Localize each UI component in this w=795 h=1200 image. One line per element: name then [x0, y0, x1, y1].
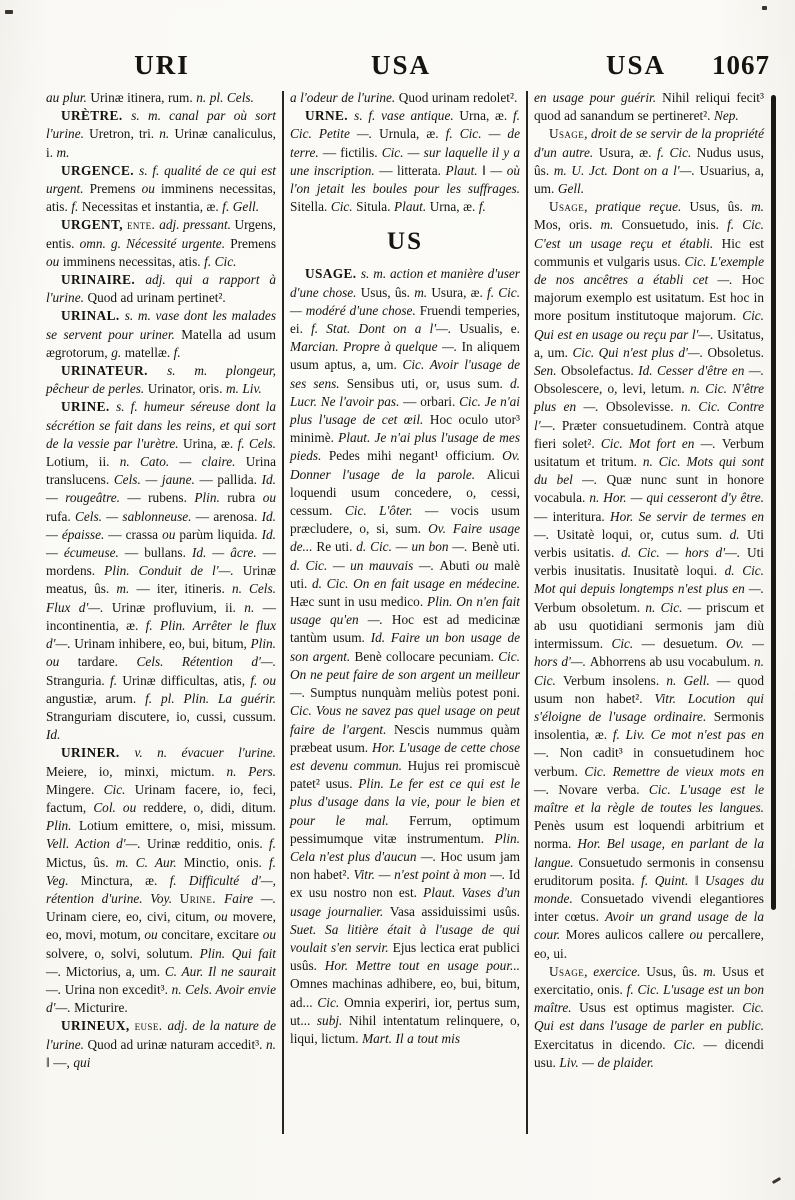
- text-segment: Urine.: [180, 891, 224, 906]
- text-segment: Usitatè loqui, or, cutus sum.: [557, 527, 730, 542]
- text-segment: Usualis, e.: [459, 321, 520, 336]
- text-segment: n. Gell.: [666, 673, 717, 688]
- text-segment: n. Pers.: [226, 764, 276, 779]
- text-segment: Sensibus uti, or, usus sum.: [347, 376, 510, 391]
- section-heading: US: [290, 228, 520, 256]
- text-segment: Cic. L'ôter.: [345, 503, 425, 518]
- text-segment: Usura, æ.: [431, 285, 487, 300]
- text-segment: rubra: [227, 490, 262, 505]
- text-segment: URGENCE.: [61, 163, 139, 178]
- text-segment: URINATEUR.: [61, 363, 167, 378]
- text-segment: m.: [703, 964, 722, 979]
- page-number: 1067: [712, 50, 770, 81]
- text-segment: — litterata.: [379, 163, 445, 178]
- text-segment: v. n. évacuer l'urine.: [134, 745, 276, 760]
- text-segment: Plaut.: [445, 163, 482, 178]
- text-segment: d. Cic. — un bon —.: [356, 539, 471, 554]
- column-2: a l'odeur de l'urine. Quod urinam redole…: [290, 89, 520, 1164]
- text-segment: — rubens.: [127, 490, 194, 505]
- text-segment: f.: [174, 345, 181, 360]
- text-segment: m. U. Jct. Dont on a l'—.: [554, 163, 700, 178]
- text-segment: s. f. vase antique.: [354, 108, 459, 123]
- text-segment: matellæ.: [125, 345, 174, 360]
- text-segment: Urinæ profluvium, ii.: [112, 600, 244, 615]
- text-segment: Urinam ciere, eo, civi, citum,: [46, 909, 214, 924]
- text-segment: f. Gell.: [222, 199, 259, 214]
- text-segment: Vitr. — n'est point à mon —.: [353, 867, 508, 882]
- text-segment: reddere, o, didi, ditum.: [143, 800, 276, 815]
- text-segment: — desuetum.: [642, 636, 726, 651]
- text-segment: Verbum obsoletum.: [534, 600, 645, 615]
- text-segment: Sen.: [534, 363, 561, 378]
- text-segment: Urnula, æ.: [379, 126, 446, 141]
- dictionary-entry: URINEUX, euse. adj. de la nature de l'ur…: [46, 1017, 276, 1072]
- text-segment: — fictilis.: [323, 145, 382, 160]
- text-segment: Obsolescere, o, levi, letum.: [534, 381, 690, 396]
- text-segment: Lotium emittere, o, misi, missum.: [79, 818, 276, 833]
- text-segment: Cels. Rétention d'—.: [136, 654, 276, 669]
- text-segment: Marcian. Propre à quelque —.: [290, 339, 462, 354]
- text-segment: Sumptus nunquàm meliùs potest poni.: [310, 685, 520, 700]
- running-head-left: URI: [46, 50, 278, 81]
- text-segment: ou: [142, 181, 161, 196]
- text-segment: ou: [144, 927, 161, 942]
- text-segment: Exercitatus in dicendo.: [534, 1037, 674, 1052]
- text-segment: Gell.: [558, 181, 584, 196]
- text-segment: Vasa assiduissimi usûs.: [390, 904, 520, 919]
- text-segment: tardare.: [78, 654, 137, 669]
- scan-speck: [762, 6, 767, 10]
- text-segment: Quod ad urinæ naturam accedit³.: [87, 1037, 266, 1052]
- text-segment: , pratique reçue.: [584, 199, 689, 214]
- dictionary-entry: URGENT, ente. adj. pressant. Urgens, ent…: [46, 216, 276, 271]
- text-segment: URINE.: [61, 399, 116, 414]
- text-segment: Usus, ûs.: [690, 199, 752, 214]
- dictionary-entry: URÈTRE. s. m. canal par où sort l'urine.…: [46, 107, 276, 162]
- paragraph-continuation: en usage pour guérir. Nihil reliqui feci…: [534, 89, 764, 125]
- dictionary-page: URI USA USA 1067 au plur. Urinæ itinera,…: [0, 0, 795, 1200]
- text-segment: Abuti: [440, 558, 476, 573]
- text-segment: Plin.: [46, 818, 79, 833]
- text-segment: f. Cic.: [657, 145, 697, 160]
- text-segment: m. Liv.: [226, 381, 262, 396]
- running-heads: URI USA USA 1067: [0, 0, 795, 89]
- text-segment: Stranguria.: [46, 673, 110, 688]
- text-segment: URINEUX,: [61, 1018, 135, 1033]
- text-segment: Urinæ redditio, onis.: [147, 836, 269, 851]
- text-segment: Premens: [230, 236, 276, 251]
- text-segment: Verbum insolens.: [563, 673, 666, 688]
- text-segment: Usura, æ.: [599, 145, 657, 160]
- text-segment: ou: [263, 490, 276, 505]
- text-segment: Id. Cesser d'être en —.: [638, 363, 764, 378]
- text-segment: f. Quint.: [641, 873, 695, 888]
- text-segment: Minctura, æ.: [81, 873, 170, 888]
- scan-speck: [772, 1177, 781, 1184]
- text-segment: Urinator, oris.: [148, 381, 226, 396]
- paragraph-continuation: au plur. Urinæ itinera, rum. n. pl. Cels…: [46, 89, 276, 107]
- text-segment: — crassa: [108, 527, 162, 542]
- text-segment: Urina non excedit³.: [65, 982, 172, 997]
- column-divider: [282, 91, 284, 1134]
- text-segment: angustiæ, arum.: [46, 691, 145, 706]
- dictionary-entry: URGENCE. s. f. qualité de ce qui est urg…: [46, 162, 276, 217]
- column-3: en usage pour guérir. Nihil reliqui feci…: [534, 89, 764, 1164]
- text-segment: ou: [46, 254, 63, 269]
- text-segment: Mingere.: [46, 782, 104, 797]
- text-segment: Usage: [549, 126, 584, 141]
- text-segment: concitare, excitare: [161, 927, 262, 942]
- text-segment: Benè collocare pecuniam.: [354, 649, 498, 664]
- text-segment: Urinæ itinera, rum.: [90, 90, 196, 105]
- text-segment: ou: [214, 909, 232, 924]
- text-segment: Faire —.: [224, 891, 276, 906]
- text-segment: Urinam inhibere, eo, bui, bitum,: [74, 636, 250, 651]
- paragraph-continuation: a l'odeur de l'urine. Quod urinam redole…: [290, 89, 520, 107]
- text-segment: Hor. Mettre tout en usage pour...: [325, 958, 520, 973]
- text-segment: — iter, itineris.: [136, 581, 231, 596]
- text-segment: Urna, æ.: [430, 199, 479, 214]
- text-segment: Cic.: [317, 995, 344, 1010]
- text-segment: d. Cic. On en fait usage en médecine.: [312, 576, 520, 591]
- text-segment: ou: [475, 558, 494, 573]
- text-segment: Mos, oris.: [534, 217, 600, 232]
- text-segment: Pedes mihi negant¹ officium.: [329, 448, 502, 463]
- text-segment: m.: [116, 581, 136, 596]
- text-segment: Consuetudo, inis.: [621, 217, 727, 232]
- text-segment: Urina, æ.: [183, 436, 238, 451]
- text-segment: Col. ou: [93, 800, 143, 815]
- text-segment: Mores aulicos callere: [566, 927, 690, 942]
- text-segment: Uretron, tri.: [89, 126, 159, 141]
- dictionary-entry: USAGE. s. m. action et manière d'user d'…: [290, 265, 520, 1048]
- text-segment: Micturire.: [74, 1000, 128, 1015]
- text-segment: f. ou: [250, 673, 276, 688]
- text-segment: — bullans.: [125, 545, 192, 560]
- dictionary-entry: URINAL. s. m. vase dont les malades se s…: [46, 307, 276, 362]
- text-segment: Necessitas et instantia, æ.: [82, 199, 222, 214]
- dictionary-entry: URINE. s. f. humeur séreuse dont la sécr…: [46, 398, 276, 744]
- text-segment: USAGE.: [305, 266, 361, 281]
- text-segment: subj.: [317, 1013, 349, 1028]
- text-segment: — interitura.: [534, 509, 610, 524]
- text-segment: URINAIRE.: [61, 272, 145, 287]
- text-segment: solvere, o, solvi, solutum.: [46, 946, 200, 961]
- text-segment: n. Cato. — claire.: [120, 454, 246, 469]
- text-columns: au plur. Urinæ itinera, rum. n. pl. Cels…: [0, 89, 795, 1164]
- text-segment: euse.: [135, 1018, 168, 1033]
- text-segment: Minctio, onis.: [184, 855, 269, 870]
- dictionary-entry: URINER. v. n. évacuer l'urine. Meiere, i…: [46, 744, 276, 1017]
- text-segment: Id. — âcre.: [192, 545, 263, 560]
- text-segment: omn. g. Nécessité urgente.: [80, 236, 231, 251]
- text-segment: m.: [751, 199, 764, 214]
- text-segment: Cic.: [611, 636, 641, 651]
- text-segment: Urna, æ.: [459, 108, 513, 123]
- text-segment: m. C. Aur.: [116, 855, 184, 870]
- dictionary-entry: URINATEUR. s. m. plongeur, pêcheur de pe…: [46, 362, 276, 398]
- text-segment: Plin. Conduit de l'—.: [104, 563, 243, 578]
- text-segment: adj. pressant.: [159, 217, 234, 232]
- text-segment: f.: [71, 199, 82, 214]
- text-segment: f. Cels.: [238, 436, 276, 451]
- text-segment: a l'odeur de l'urine.: [290, 90, 399, 105]
- text-segment: , exercice.: [584, 964, 646, 979]
- dictionary-entry: URNE. s. f. vase antique. Urna, æ. f. Ci…: [290, 107, 520, 216]
- text-segment: Cic. Qui n'est plus d'—.: [572, 345, 707, 360]
- text-segment: URÈTRE.: [61, 108, 131, 123]
- text-segment: Id.: [46, 727, 60, 742]
- scan-gutter-bar: [771, 95, 776, 910]
- text-segment: imminens necessitas, atis.: [63, 254, 204, 269]
- text-segment: Vell. Action d'—.: [46, 836, 147, 851]
- text-segment: Benè uti.: [471, 539, 520, 554]
- text-segment: — pallida.: [199, 472, 261, 487]
- dictionary-entry: Usage, exercice. Usus, ûs. m. Usus et ex…: [534, 963, 764, 1072]
- text-segment: — arenosa.: [196, 509, 262, 524]
- running-head-right: USA: [606, 50, 666, 81]
- running-head-right-group: USA 1067: [524, 50, 770, 81]
- text-segment: ou: [263, 927, 276, 942]
- text-segment: parùm liquida.: [179, 527, 261, 542]
- text-segment: rufa.: [46, 509, 75, 524]
- column-divider: [526, 91, 528, 1134]
- text-segment: Liv. — de plaider.: [559, 1055, 654, 1070]
- text-segment: — orbari.: [403, 394, 459, 409]
- text-segment: Plaut.: [394, 199, 430, 214]
- text-segment: m.: [57, 145, 70, 160]
- text-segment: Mart. Il a tout mis: [362, 1031, 460, 1046]
- text-segment: ou: [162, 527, 179, 542]
- text-segment: Usus, ûs.: [646, 964, 703, 979]
- text-segment: URNE.: [305, 108, 354, 123]
- dictionary-entry: Usage, pratique reçue. Usus, ûs. m. Mos,…: [534, 198, 764, 963]
- text-segment: en usage pour guérir.: [534, 90, 662, 105]
- running-head-center: USA: [278, 50, 524, 81]
- text-segment: Meiere, io, minxi, mictum.: [46, 764, 226, 779]
- scan-speck: [5, 10, 13, 14]
- text-segment: n.: [159, 126, 174, 141]
- text-segment: Quod ad urinam pertinet².: [87, 290, 225, 305]
- text-segment: n. Hor. — qui cesseront d'y être.: [589, 490, 764, 505]
- text-segment: Mictus, ûs.: [46, 855, 116, 870]
- text-segment: Stranguriam discutere, io, cussi, cussum…: [46, 709, 276, 724]
- text-segment: Cic.: [674, 1037, 704, 1052]
- text-segment: g.: [111, 345, 125, 360]
- text-segment: d. Cic. — un mauvais —.: [290, 558, 440, 573]
- text-segment: ‖ —,: [46, 1055, 73, 1070]
- text-segment: URINAL.: [61, 308, 125, 323]
- text-segment: au plur.: [46, 90, 90, 105]
- text-segment: Situla.: [356, 199, 394, 214]
- text-segment: Plin.: [194, 490, 227, 505]
- text-segment: Obsolefactus.: [561, 363, 638, 378]
- text-segment: Premens: [90, 181, 142, 196]
- text-segment: d.: [730, 527, 747, 542]
- text-segment: f.: [269, 836, 276, 851]
- dictionary-entry: Usage, droit de se servir de la propriét…: [534, 125, 764, 198]
- text-segment: Nep.: [714, 108, 739, 123]
- text-segment: Cels. — jaune.: [114, 472, 200, 487]
- text-segment: n. pl. Cels.: [196, 90, 254, 105]
- text-segment: qui: [73, 1055, 90, 1070]
- text-segment: f.: [110, 673, 122, 688]
- text-segment: Obsoletus.: [707, 345, 764, 360]
- text-segment: Mictorius, a, um.: [66, 964, 165, 979]
- text-segment: f. Cic.: [204, 254, 236, 269]
- text-segment: URGENT,: [61, 217, 127, 232]
- text-segment: d. Cic. — hors d'—.: [621, 545, 747, 560]
- text-segment: ou: [689, 927, 708, 942]
- text-segment: m.: [600, 217, 621, 232]
- text-segment: ente.: [127, 217, 159, 232]
- text-segment: Re uti.: [316, 539, 356, 554]
- text-segment: Quod urinam redolet².: [399, 90, 518, 105]
- text-segment: Cic.: [331, 199, 356, 214]
- text-segment: Novare verba.: [558, 782, 648, 797]
- text-segment: Abhorrens ab usu vocabulum.: [590, 654, 754, 669]
- text-segment: n. Cic.: [645, 600, 687, 615]
- text-segment: Usus, ûs.: [361, 285, 414, 300]
- text-segment: Cic.: [104, 782, 135, 797]
- text-segment: Lotium, ii.: [46, 454, 120, 469]
- dictionary-entry: URINAIRE. adj. qui a rapport à l'urine. …: [46, 271, 276, 307]
- text-segment: ‖: [695, 873, 705, 888]
- text-segment: Sitella.: [290, 199, 331, 214]
- text-segment: f.: [479, 199, 486, 214]
- text-segment: Hæc sunt in usu medico.: [290, 594, 427, 609]
- text-segment: Usus est optimus magister.: [579, 1000, 742, 1015]
- text-segment: f. pl. Plin. La guérir.: [145, 691, 276, 706]
- text-segment: f. Stat. Dont on a l'—.: [311, 321, 459, 336]
- text-segment: Usage: [549, 199, 584, 214]
- text-segment: n.: [266, 1037, 276, 1052]
- column-1: au plur. Urinæ itinera, rum. n. pl. Cels…: [46, 89, 276, 1164]
- text-segment: Cels. — sablonneuse.: [75, 509, 196, 524]
- text-segment: Urinæ difficultas, atis,: [122, 673, 250, 688]
- text-segment: n.: [244, 600, 262, 615]
- text-segment: URINER.: [61, 745, 134, 760]
- text-segment: Usage: [549, 964, 584, 979]
- text-segment: Cic. Mot fort en —.: [601, 436, 722, 451]
- text-segment: Obsolevisse.: [606, 399, 681, 414]
- text-segment: m.: [414, 285, 431, 300]
